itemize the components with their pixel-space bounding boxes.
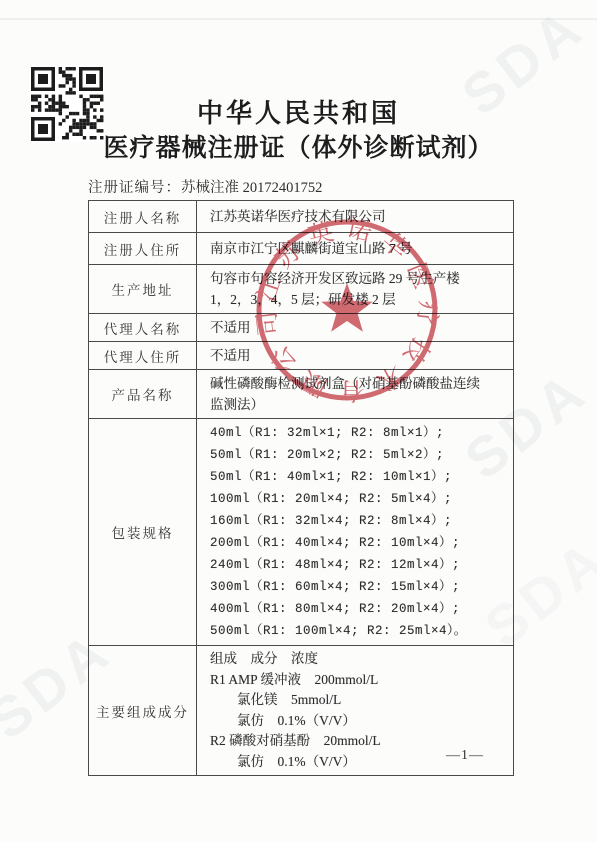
row-label: 主要组成成分 [89,646,197,775]
page-title: 中华人民共和国 [0,96,597,130]
row-content: 不适用 [197,342,513,369]
cell-line: 句容市句容经济开发区致远路 29 号生产楼 [210,268,507,289]
registration-number-line: 注册证编号：苏械注准 20172401752 [88,176,322,197]
table-row: 包装规格 40ml（R1: 32ml×1; R2: 8ml×1）;50ml（R1… [89,419,513,646]
table-row: 注册人住所 南京市江宁区麒麟街道宝山路 7 号 [89,233,513,265]
registration-number-label: 注册证编号： [88,180,181,196]
cell-line: 160ml（R1: 32ml×4; R2: 8ml×4）; [210,510,507,532]
cell-line: R1 AMP 缓冲液 200mmol/L [210,670,507,691]
cell-line: 400ml（R1: 80ml×4; R2: 20ml×4）; [210,598,507,620]
cell-line: 氯化镁 5mmol/L [210,690,507,711]
cell-line: 组成 成分 浓度 [210,649,507,670]
cell-line: 300ml（R1: 60ml×4; R2: 15ml×4）; [210,576,507,598]
row-content: 南京市江宁区麒麟街道宝山路 7 号 [197,233,513,264]
row-content: 碱性磷酸酶检测试剂盒（对硝基酚磷酸盐连续监测法） [197,370,513,418]
cell-line: 碱性磷酸酶检测试剂盒（对硝基酚磷酸盐连续 [210,373,507,394]
scan-artifact-line [0,18,597,20]
table-row: 代理人名称 不适用 [89,314,513,342]
page-number: —1— [446,748,484,764]
cell-line: 南京市江宁区麒麟街道宝山路 7 号 [210,238,507,259]
registration-number-value: 苏械注准 20172401752 [181,180,322,196]
cell-line: 100ml（R1: 20ml×4; R2: 5ml×4）; [210,488,507,510]
row-label: 代理人名称 [89,314,197,341]
row-content: 40ml（R1: 32ml×1; R2: 8ml×1）;50ml（R1: 20m… [197,419,513,645]
table-row: 产品名称 碱性磷酸酶检测试剂盒（对硝基酚磷酸盐连续监测法） [89,370,513,419]
row-content: 江苏英诺华医疗技术有限公司 [197,201,513,232]
table-row: 生产地址 句容市句容经济开发区致远路 29 号生产楼1，2，3，4，5 层；研发… [89,265,513,314]
cell-line: 1，2，3，4，5 层；研发楼 2 层 [210,289,507,310]
cell-line: 氯仿 0.1%（V/V） [210,711,507,732]
row-label: 注册人住所 [89,233,197,264]
table-row: 代理人住所 不适用 [89,342,513,370]
row-label: 代理人住所 [89,342,197,369]
document-titles: 中华人民共和国 医疗器械注册证（体外诊断试剂） [0,96,597,166]
certificate-page: SDA SDA SDA SDA 中华人民共和国 医疗器械注册证（体外诊断试剂） … [0,0,597,842]
cell-line: 江苏英诺华医疗技术有限公司 [210,206,507,227]
cell-line: 不适用 [210,317,507,338]
row-label: 包装规格 [89,419,197,645]
cell-line: 监测法） [210,394,507,415]
cert-table: 注册人名称 江苏英诺华医疗技术有限公司 注册人住所 南京市江宁区麒麟街道宝山路 … [88,200,514,776]
row-content: 句容市句容经济开发区致远路 29 号生产楼1，2，3，4，5 层；研发楼 2 层 [197,265,513,313]
row-label: 产品名称 [89,370,197,418]
cell-line: 240ml（R1: 48ml×4; R2: 12ml×4）; [210,554,507,576]
cell-line: 不适用 [210,345,507,366]
cell-line: 40ml（R1: 32ml×1; R2: 8ml×1）; [210,422,507,444]
cell-line: 50ml（R1: 20ml×2; R2: 5ml×2）; [210,444,507,466]
page-subtitle: 医疗器械注册证（体外诊断试剂） [0,130,597,166]
cell-line: 200ml（R1: 40ml×4; R2: 10ml×4）; [210,532,507,554]
row-content: 不适用 [197,314,513,341]
row-label: 注册人名称 [89,201,197,232]
cell-line: 500ml（R1: 100ml×4; R2: 25ml×4）。 [210,620,507,642]
table-row: 注册人名称 江苏英诺华医疗技术有限公司 [89,201,513,233]
cell-line: 50ml（R1: 40ml×1; R2: 10ml×1）; [210,466,507,488]
row-label: 生产地址 [89,265,197,313]
